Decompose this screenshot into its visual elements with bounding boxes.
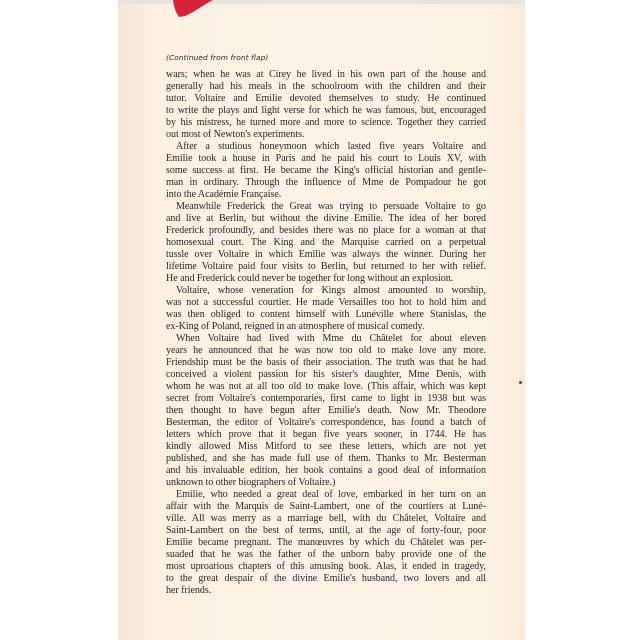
paragraph: wars; when he was at Cirey he lived in h… [166,69,486,141]
text-line: homosexual court. The King and the Marqu… [166,237,486,249]
text-line: Emilie took a house in Paris and he paid… [166,153,486,165]
text-line: was not a successful courtier. He made V… [166,297,486,309]
text-line: her friends. [166,585,486,597]
text-line: He and Frederick could never be together… [166,273,486,285]
text-line: was then obliged to content himself with… [166,309,486,321]
text-line: to write the plays and light verse for w… [166,105,486,117]
text-line: man in ordinary. Through the influence o… [166,177,486,189]
text-line: Meanwhile Frederick the Great was trying… [166,201,486,213]
paper-speck [519,381,522,384]
text-line: Besterman, the editor of Voltaire's corr… [166,417,486,429]
paragraph: After a studious honeymoon which lasted … [166,141,486,201]
paragraphs: wars; when he was at Cirey he lived in h… [166,69,486,597]
text-line: kindly allowed Miss Mitford to see these… [166,441,486,453]
text-line: tussle over Voltaire in which Emilie was… [166,249,486,261]
text-line: suaded that he was the father of the unb… [166,549,486,561]
text-line: Frederick profoundly, and besides there … [166,225,486,237]
text-line: tutor. Voltaire and Emilie devoted thems… [166,93,486,105]
text-line: lifetime Voltaire paid four visits to Be… [166,261,486,273]
text-line: ville. All was merry as a marriage bell,… [166,513,486,525]
paragraph: When Voltaire had lived with Mme du Chât… [166,333,486,489]
paragraph: Meanwhile Frederick the Great was trying… [166,201,486,285]
continued-note: (Continued from front flap) [166,53,486,63]
text-line: by his mistress, he turned more and more… [166,117,486,129]
text-line: Voltaire, whose veneration for Kings alm… [166,285,486,297]
text-line: letters which prove that it began five y… [166,429,486,441]
text-line: and his invaluable edition, her book con… [166,465,486,477]
text-line: and live at Berlin, but without the divi… [166,213,486,225]
paragraph: Emilie, who needed a great deal of love,… [166,489,486,597]
text-line: Saint-Lambert on the best of terms, unti… [166,525,486,537]
text-line: then thought to have begun after Emilie'… [166,405,486,417]
text-line: whom he was not at all too old to make l… [166,381,486,393]
flap-text-block: (Continued from front flap) wars; when h… [166,53,486,597]
text-line: published, and she has made full use of … [166,453,486,465]
text-line: conceived a violent passion for his sist… [166,369,486,381]
text-line: out most of Newton's experiments. [166,129,486,141]
text-line: Friendship must be the basis of their as… [166,357,486,369]
text-line: secret from Voltaire's contemporaries, f… [166,393,486,405]
text-line: generally had his meals in the schoolroo… [166,81,486,93]
text-line: After a studious honeymoon which lasted … [166,141,486,153]
text-line: Emilie became pregnant. The manœuvres by… [166,537,486,549]
text-line: unknown to other biographers of Voltaire… [166,477,486,489]
text-line: to the great despair of the divine Emili… [166,573,486,585]
text-line: years he announced that he was now too o… [166,345,486,357]
paragraph: Voltaire, whose veneration for Kings alm… [166,285,486,333]
text-line: most uproarious chapters of this amusing… [166,561,486,573]
text-line: into the Académie Française. [166,189,486,201]
text-line: Emilie, who needed a great deal of love,… [166,489,486,501]
text-line: some success at first. He became the Kin… [166,165,486,177]
text-line: ex-King of Poland, reigned in an atmosph… [166,321,486,333]
text-line: When Voltaire had lived with Mme du Chât… [166,333,486,345]
text-line: affair with the Marquis de Saint-Lambert… [166,501,486,513]
text-line: wars; when he was at Cirey he lived in h… [166,69,486,81]
